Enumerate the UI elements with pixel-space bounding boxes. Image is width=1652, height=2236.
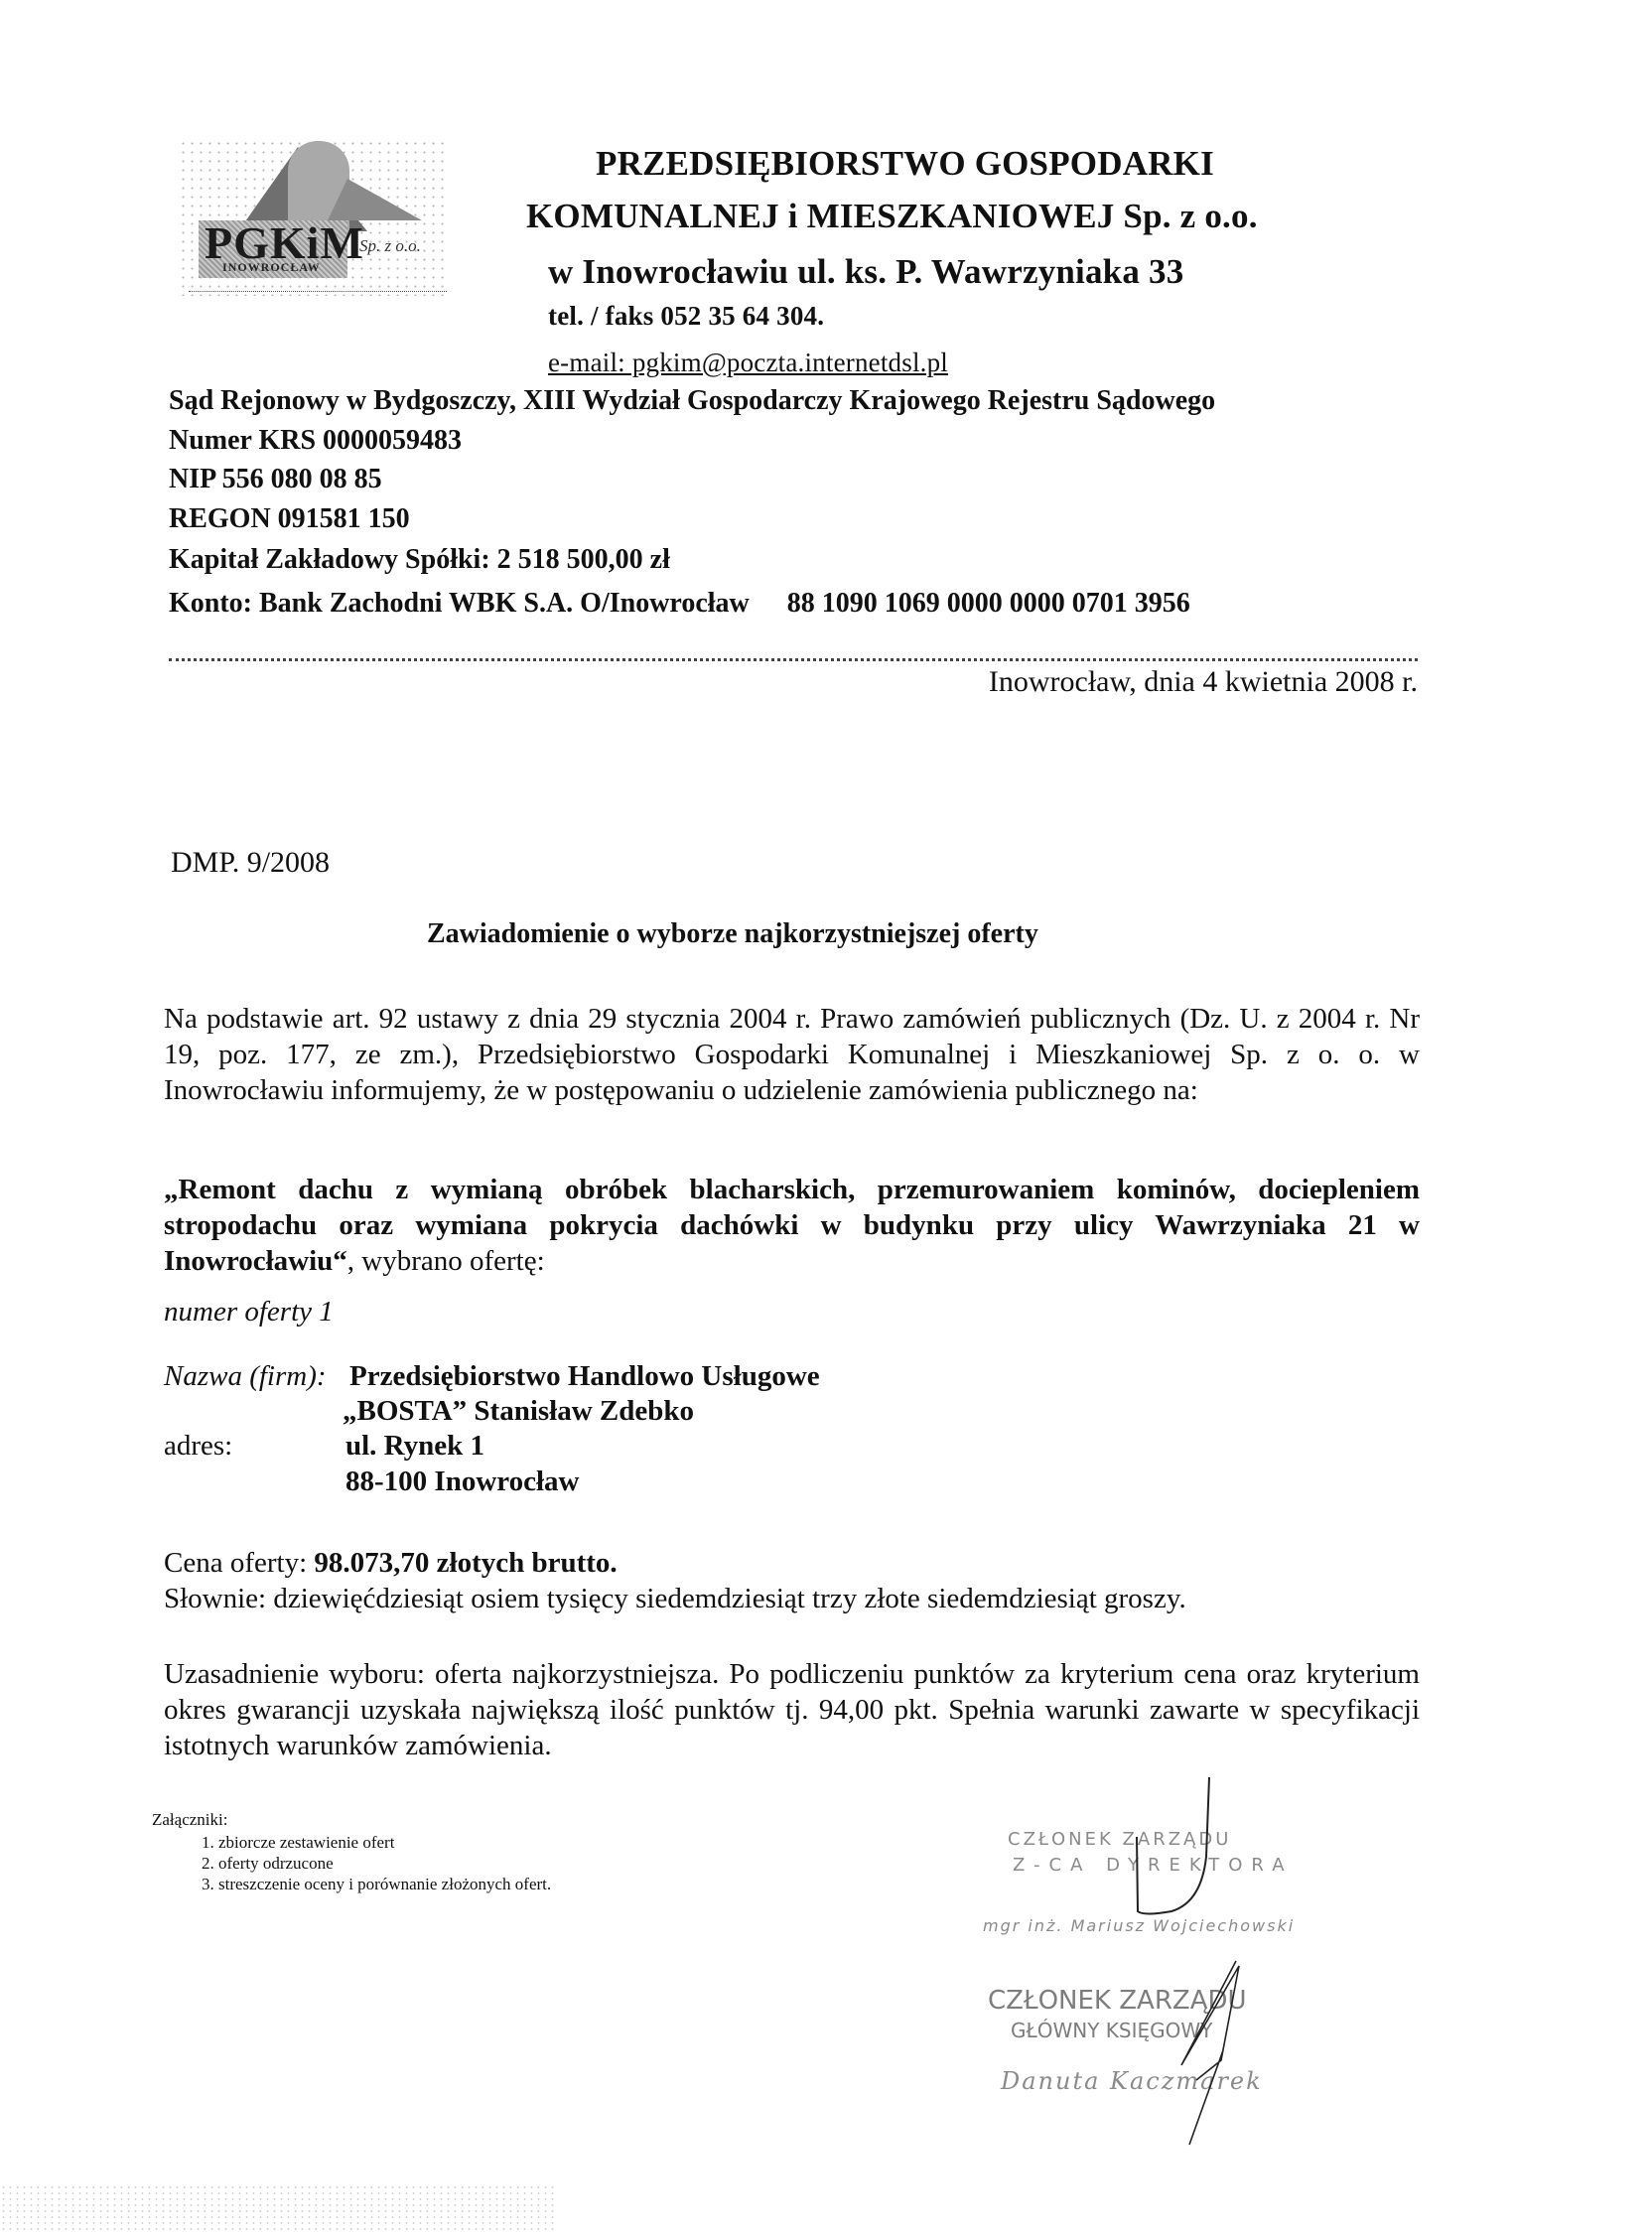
subject-suffix: , wybrano ofertę: bbox=[347, 1245, 545, 1277]
logo-roof-shape bbox=[328, 179, 422, 220]
registry-regon: REGON 091581 150 bbox=[169, 503, 410, 535]
company-name-line2: KOMUNALNEJ i MIESZKANIOWEJ Sp. z o.o. bbox=[526, 197, 1258, 236]
logo-suffix: Sp. z o.o. bbox=[359, 236, 421, 256]
attachment-item: 2. oferty odrzucone bbox=[202, 1854, 334, 1874]
bank-account-number: 88 1090 1069 0000 0000 0701 3956 bbox=[787, 588, 1190, 619]
signature-2-icon bbox=[1162, 1956, 1281, 2155]
offer-number: numer oferty 1 bbox=[164, 1296, 334, 1328]
firm-name-line2: „BOSTA” Stanisław Zdebko bbox=[343, 1395, 694, 1428]
company-name-line1: PRZEDSIĘBIORSTWO GOSPODARKI bbox=[596, 144, 1214, 184]
offer-price: Cena oferty: 98.073,70 złotych brutto. bbox=[164, 1547, 618, 1580]
firm-name-line1: Przedsiębiorstwo Handlowo Usługowe bbox=[349, 1360, 820, 1393]
attachment-item: 1. zbiorcze zestawienie ofert bbox=[202, 1833, 394, 1853]
attachments-title: Załączniki: bbox=[152, 1810, 227, 1830]
subject-paragraph: „Remont dachu z wymianą obróbek blachars… bbox=[164, 1172, 1420, 1279]
registry-court: Sąd Rejonowy w Bydgoszczy, XIII Wydział … bbox=[169, 385, 1215, 417]
document-date: Inowrocław, dnia 4 kwietnia 2008 r. bbox=[989, 665, 1418, 699]
company-address: w Inowrocławiu ul. ks. P. Wawrzyniaka 33 bbox=[548, 252, 1183, 292]
document-title: Zawiadomienie o wyborze najkorzystniejsz… bbox=[427, 918, 1038, 950]
signature-1-icon bbox=[1112, 1777, 1231, 1926]
registry-capital: Kapitał Zakładowy Spółki: 2 518 500,00 z… bbox=[169, 544, 670, 576]
price-value: 98.073,70 złotych brutto. bbox=[314, 1547, 617, 1579]
registry-nip: NIP 556 080 08 85 bbox=[169, 464, 382, 495]
address-label: adres: bbox=[164, 1430, 232, 1463]
company-logo: PGKiM INOWROCŁAW Sp. z o.o. bbox=[179, 139, 447, 296]
registry-bank: Konto: Bank Zachodni WBK S.A. O/Inowrocł… bbox=[169, 588, 1190, 620]
address-line1: ul. Rynek 1 bbox=[345, 1430, 484, 1463]
price-in-words: Słownie: dziewięćdziesiąt osiem tysięcy … bbox=[164, 1583, 1186, 1615]
firm-label: Nazwa (firm): bbox=[164, 1360, 327, 1393]
price-label: Cena oferty: bbox=[164, 1547, 314, 1579]
logo-city: INOWROCŁAW bbox=[222, 260, 321, 275]
scan-noise bbox=[0, 2184, 556, 2234]
logo-underline bbox=[189, 291, 447, 292]
registry-krs: Numer KRS 0000059483 bbox=[169, 425, 462, 457]
company-phone: tel. / faks 052 35 64 304. bbox=[548, 301, 824, 332]
company-email[interactable]: e-mail: pgkim@poczta.internetdsl.pl bbox=[548, 348, 948, 378]
bank-name: Konto: Bank Zachodni WBK S.A. O/Inowrocł… bbox=[169, 588, 750, 619]
letterhead-divider bbox=[169, 658, 1418, 661]
intro-paragraph: Na podstawie art. 92 ustawy z dnia 29 st… bbox=[164, 1001, 1420, 1108]
address-line2: 88-100 Inowrocław bbox=[345, 1466, 579, 1498]
attachment-item: 3. streszczenie oceny i porównanie złożo… bbox=[202, 1875, 551, 1894]
document-reference: DMP. 9/2008 bbox=[171, 846, 330, 880]
justification-paragraph: Uzasadnienie wyboru: oferta najkorzystni… bbox=[164, 1656, 1420, 1763]
